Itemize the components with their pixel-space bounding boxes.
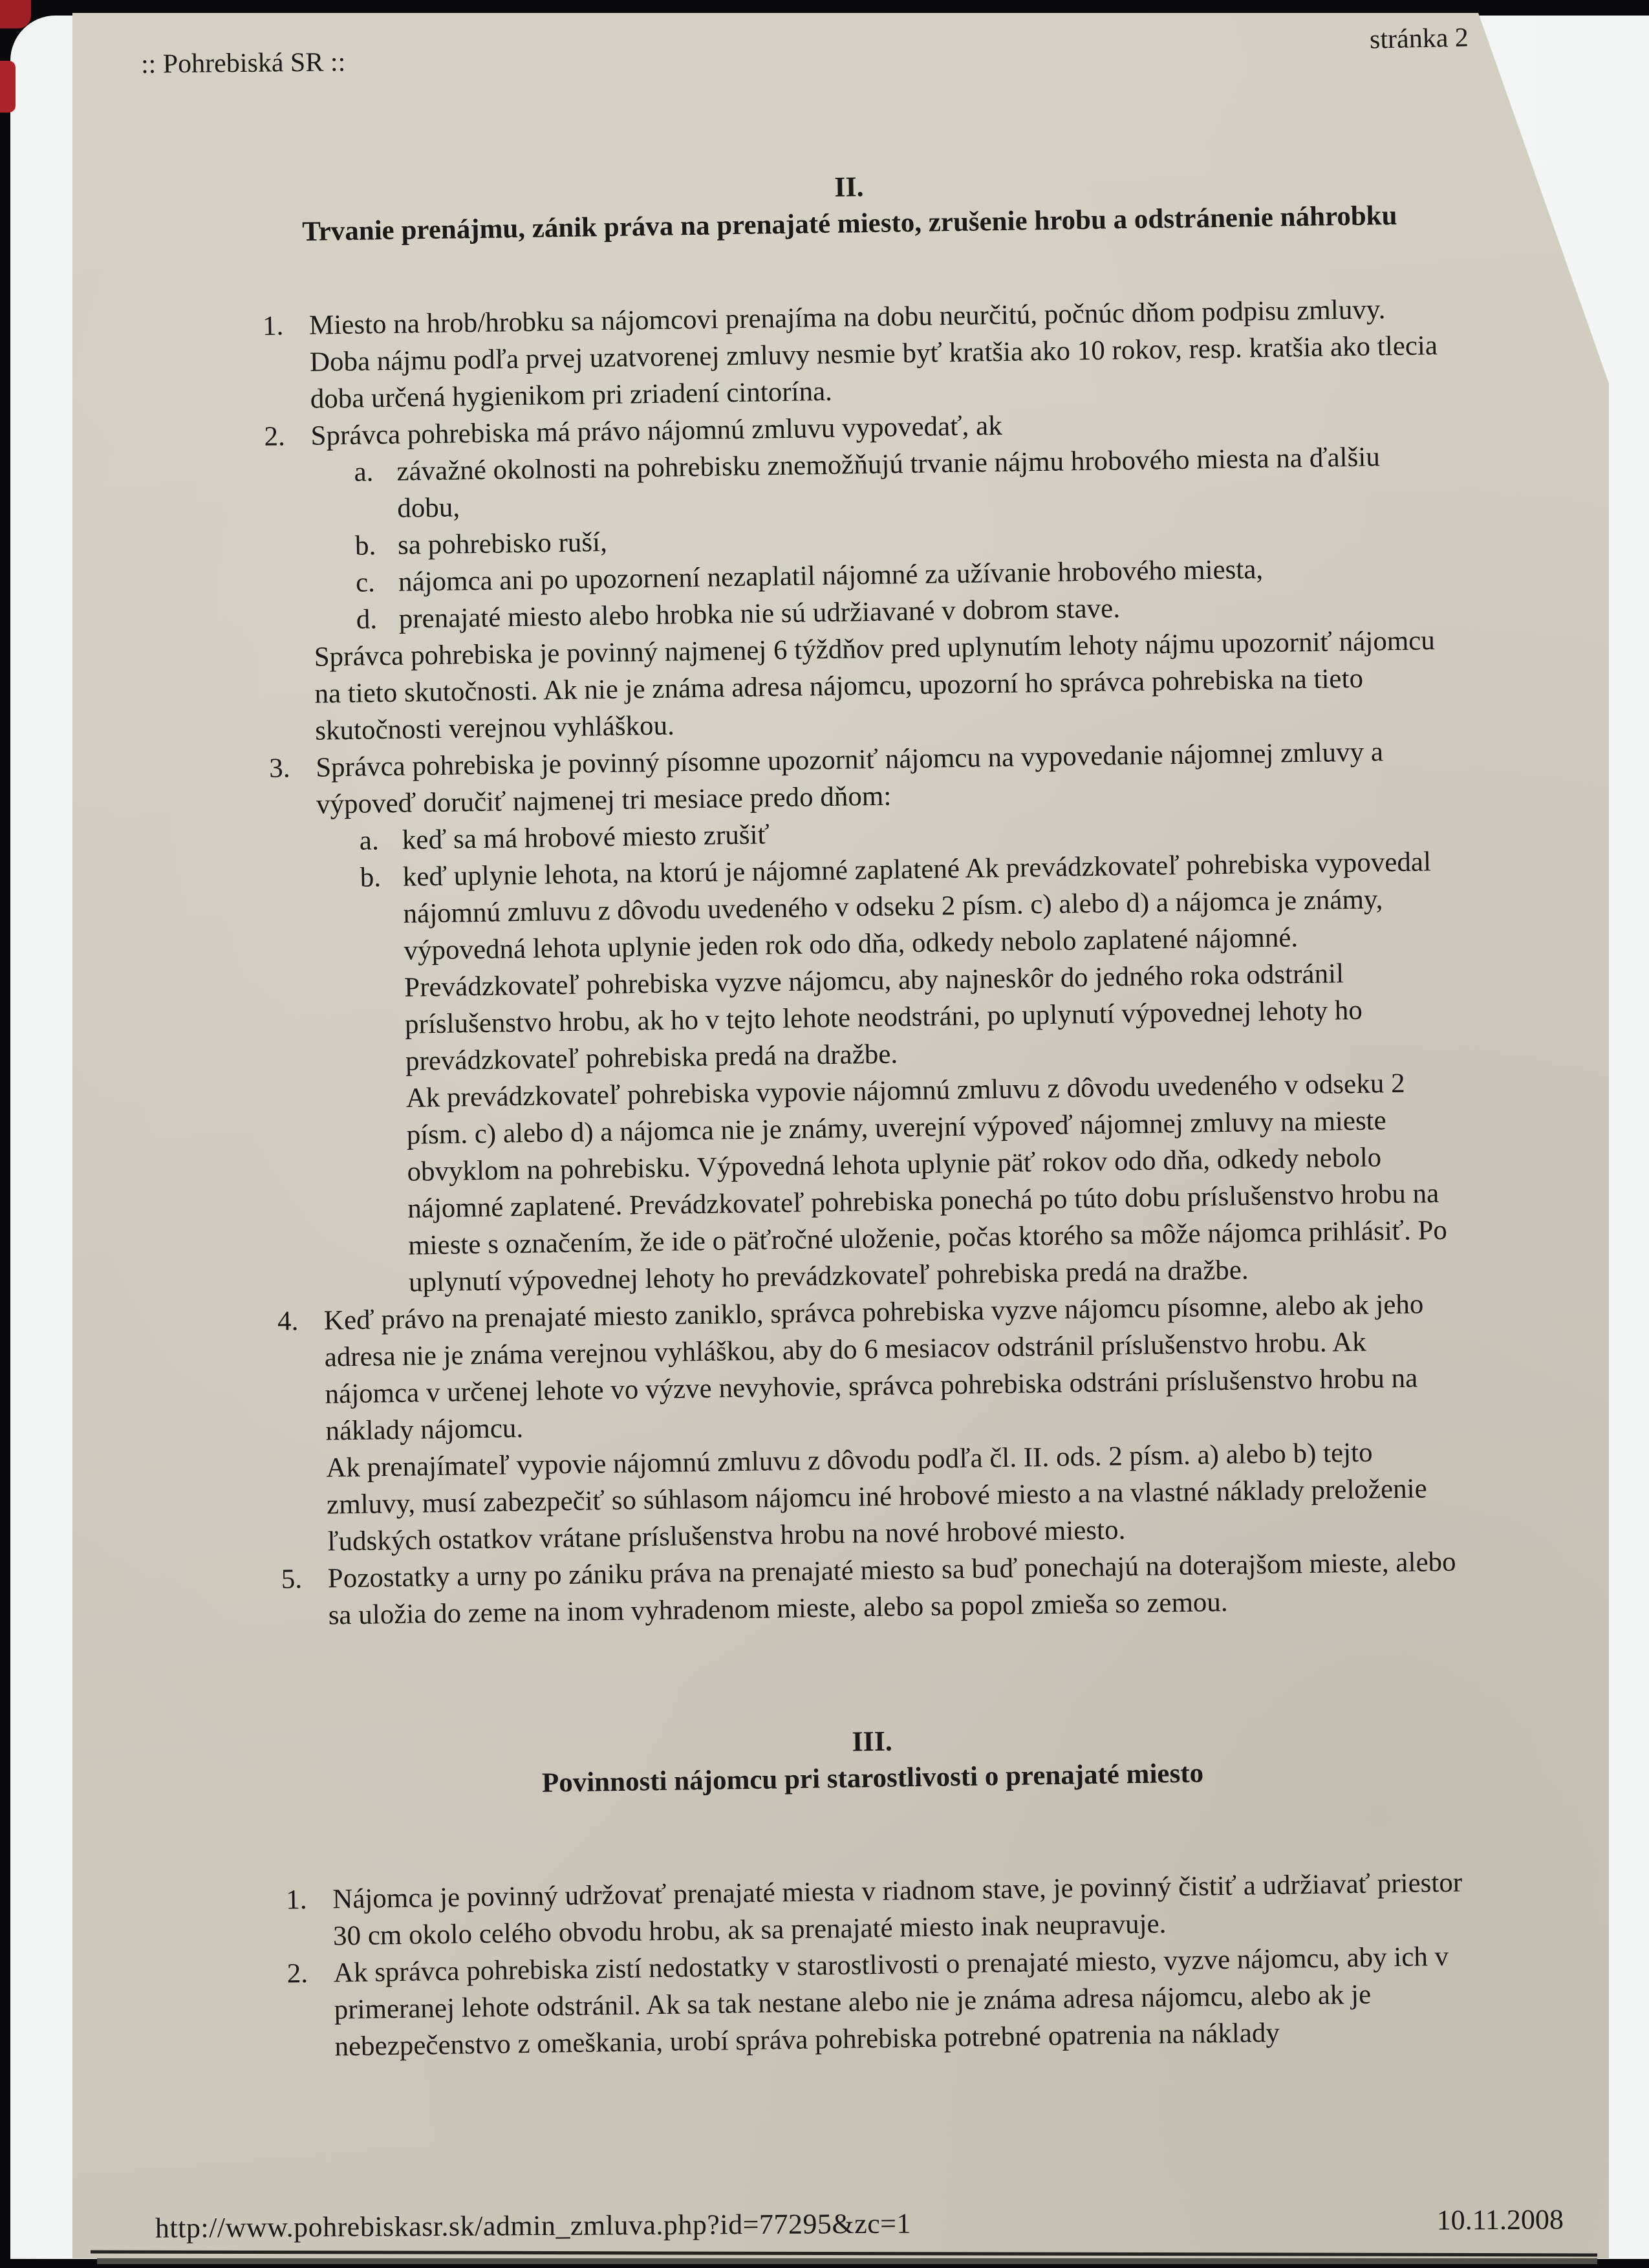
item-paragraph: Ak prenajímateľ vypovie nájomnú zmluvu z… <box>326 1433 1458 1561</box>
subitem-body: keď uplynie lehota, na ktorú je nájomné … <box>402 843 1454 1301</box>
page-header-site-label: :: Pohrebiská SR :: <box>141 47 346 80</box>
subitem-label: d. <box>356 601 399 638</box>
item-body: Správca pohrebiska je povinný písomne up… <box>316 733 1454 1302</box>
list-item: 1.Miesto na hrob/hrobku sa nájomcovi pre… <box>263 290 1441 418</box>
subitem-label: a. <box>354 453 397 491</box>
item-label: 2. <box>264 418 311 455</box>
item-body: Keď právo na prenajaté miesto zaniklo, s… <box>323 1286 1458 1561</box>
item-paragraph: Ak správca pohrebiska zistí nedostatky v… <box>333 1938 1465 2066</box>
item-label: 2. <box>286 1955 334 1993</box>
item-label: 4. <box>277 1302 325 1340</box>
item-paragraph: Keď právo na prenajaté miesto zaniklo, s… <box>323 1286 1456 1450</box>
item-body: Ak správca pohrebiska zistí nedostatky v… <box>333 1938 1465 2066</box>
item-list: 1.Nájomca je povinný udržovať prenajaté … <box>286 1864 1465 2066</box>
item-continuation: Správca pohrebiska je povinný najmenej 6… <box>314 622 1445 750</box>
page-footer: http://www.pohrebiskasr.sk/admin_zmluva.… <box>155 2203 1569 2244</box>
item-label: 5. <box>281 1561 328 1598</box>
item-label: 3. <box>269 750 316 787</box>
list-item: 2.Ak správca pohrebiska zistí nedostatky… <box>286 1938 1465 2066</box>
item-label: 1. <box>286 1881 333 1919</box>
subitem-paragraph: keď uplynie lehota, na ktorú je nájomné … <box>402 843 1450 1080</box>
item-list: 1.Miesto na hrob/hrobku sa nájomcovi pre… <box>263 290 1459 1635</box>
list-item: 3.Správca pohrebiska je povinný písomne … <box>269 733 1454 1303</box>
sub-list: a.závažné okolnosti na pohrebisku znemož… <box>354 438 1444 638</box>
document-body: II.Trvanie prenájmu, zánik práva na pren… <box>61 157 1626 2069</box>
footer-source-url: http://www.pohrebiskasr.sk/admin_zmluva.… <box>155 2207 911 2245</box>
red-edge-artifact <box>0 0 31 28</box>
sub-list: a.keď sa má hrobové miesto zrušiťb.keď u… <box>359 806 1454 1302</box>
item-paragraph: Miesto na hrob/hrobku sa nájomcovi prena… <box>309 290 1441 418</box>
red-edge-artifact <box>0 61 16 113</box>
item-body: Miesto na hrob/hrobku sa nájomcovi prena… <box>309 290 1441 418</box>
item-label: 1. <box>263 307 310 345</box>
footer-print-date: 10.11.2008 <box>1436 2203 1564 2236</box>
document-section: II.Trvanie prenájmu, zánik práva na pren… <box>261 160 1459 1635</box>
document-section: III.Povinnosti nájomcu pri starostlivost… <box>283 1714 1465 2066</box>
subitem-paragraph: Ak prevádzkovateľ pohrebiska vypovie náj… <box>405 1064 1454 1301</box>
item-body: Správca pohrebiska má právo nájomnú zmlu… <box>310 401 1445 750</box>
subitem-label: c. <box>356 564 399 601</box>
subitem-label: b. <box>355 527 398 565</box>
page-number-label: stránka 2 <box>1370 22 1469 55</box>
subitem-label: a. <box>359 822 402 859</box>
list-item: 4.Keď právo na prenajaté miesto zaniklo,… <box>277 1286 1458 1561</box>
list-item: 2.Správca pohrebiska má právo nájomnú zm… <box>264 401 1445 750</box>
sub-item: b.keď uplynie lehota, na ktorú je nájomn… <box>360 843 1454 1302</box>
subitem-label: b. <box>360 859 403 896</box>
scanned-document-page: :: Pohrebiská SR :: stránka 2 II.Trvanie… <box>72 13 1609 2258</box>
